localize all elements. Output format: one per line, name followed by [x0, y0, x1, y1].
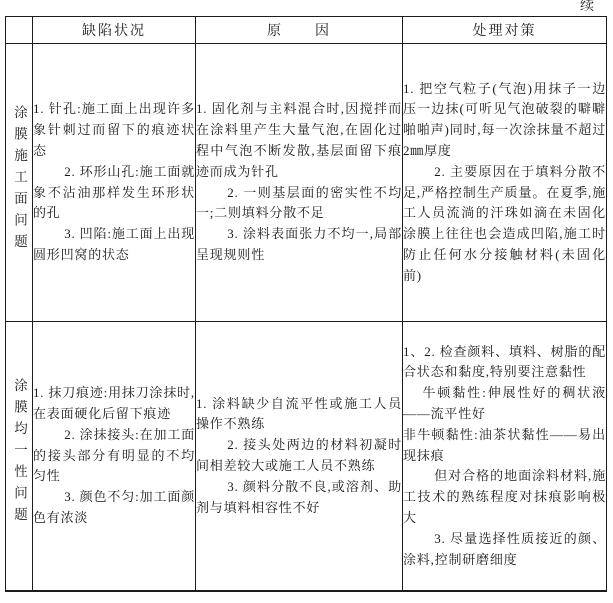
treatment-item: 非牛顿黏性:油茶状黏性——易出现抹痕	[403, 425, 606, 467]
treatment-item: 但对合格的地面涂料材料,施工技术的熟练程度对抹痕影响极大	[403, 466, 606, 528]
defect-item: 2. 涂抹接头:在加工面的接头部分有明显的不均匀性	[33, 425, 195, 487]
defects-table: 缺陷状况 原 因 处理对策 涂膜施工面问题 1. 针孔:施工面上出现许多象针刺过…	[5, 16, 607, 592]
row-label-coating-uniformity: 涂膜均一性问题	[6, 378, 32, 529]
cell-treatment: 1、2. 检查颜料、填料、树脂的配合状态和黏度,特别要注意黏性 牛顿黏性:伸展性…	[403, 322, 607, 592]
row-label-coating-surface: 涂膜施工面问题	[6, 105, 32, 256]
treatment-item: 2. 主要原因在于填料分散不足,严格控制生产质量。在夏季,施工人员流淌的汗珠如滴…	[403, 162, 606, 287]
defect-item: 1. 针孔:施工面上出现许多象针刺过而留下的痕迹状态	[33, 99, 195, 161]
defect-item: 2. 环形山孔:施工面就象不沾油那样发生环形状的孔	[33, 162, 195, 224]
cause-item: 2. 一则基层面的密实性不均一;二则填料分散不足	[196, 183, 402, 225]
header-treatment: 处理对策	[403, 17, 607, 44]
treatment-item: 1. 把空气粒子(气泡)用抹子一边压一边抹(可听见气泡破裂的噼噼啪啪声)同时,每…	[403, 79, 606, 162]
header-label-cell	[6, 17, 33, 44]
table-row-coating-uniformity: 涂膜均一性问题 1. 抹刀痕迹:用抹刀涂抹时,在表面硬化后留下痕迹 2. 涂抹接…	[6, 322, 607, 592]
table-row-coating-surface: 涂膜施工面问题 1. 针孔:施工面上出现许多象针刺过而留下的痕迹状态 2. 环形…	[6, 44, 607, 322]
cause-item: 2. 接头处两边的材料初凝时间相差较大或施工人员不熟练	[196, 435, 402, 477]
row-label-cell: 涂膜均一性问题	[6, 322, 33, 592]
cell-defect-status: 1. 针孔:施工面上出现许多象针刺过而留下的痕迹状态 2. 环形山孔:施工面就象…	[33, 44, 196, 322]
cell-defect-status: 1. 抹刀痕迹:用抹刀涂抹时,在表面硬化后留下痕迹 2. 涂抹接头:在加工面的接…	[33, 322, 196, 592]
cause-item: 1. 涂料缺少自流平性或施工人员操作不熟练	[196, 394, 402, 436]
cause-item: 3. 涂料表面张力不均一,局部呈现规则性	[196, 224, 402, 266]
header-cause: 原 因	[196, 17, 403, 44]
cell-cause: 1. 涂料缺少自流平性或施工人员操作不熟练 2. 接头处两边的材料初凝时间相差较…	[196, 322, 403, 592]
defect-item: 3. 凹陷:施工面上出现圆形凹窝的状态	[33, 224, 195, 266]
row-label-cell: 涂膜施工面问题	[6, 44, 33, 322]
defect-item: 3. 颜色不匀:加工面颜色有浓淡	[33, 487, 195, 529]
cell-treatment: 1. 把空气粒子(气泡)用抹子一边压一边抹(可听见气泡破裂的噼噼啪啪声)同时,每…	[403, 44, 607, 322]
cell-cause: 1. 固化剂与主料混合时,因搅拌而在涂料里产生大量气泡,在固化过程中气泡不断发散…	[196, 44, 403, 322]
treatment-item: 1、2. 检查颜料、填料、树脂的配合状态和黏度,特别要注意黏性	[403, 342, 606, 384]
header-defect: 缺陷状况	[33, 17, 196, 44]
continued-marker: 续	[580, 0, 594, 15]
treatment-item: 3. 尽量选择性质接近的颜、涂料,控制研磨细度	[403, 529, 606, 571]
treatment-item: 牛顿黏性:伸展性好的稠状液——流平性好	[403, 383, 606, 425]
cause-item: 1. 固化剂与主料混合时,因搅拌而在涂料里产生大量气泡,在固化过程中气泡不断发散…	[196, 99, 402, 182]
header-row: 缺陷状况 原 因 处理对策	[6, 17, 607, 44]
defect-item: 1. 抹刀痕迹:用抹刀涂抹时,在表面硬化后留下痕迹	[33, 383, 195, 425]
cause-item: 3. 颜料分散不良,或溶剂、助剂与填料相容性不好	[196, 477, 402, 519]
document-page: 续 缺陷状况 原 因 处理对策 涂膜施工面问题 1. 针孔:施工面上出现许多象针…	[0, 0, 613, 603]
